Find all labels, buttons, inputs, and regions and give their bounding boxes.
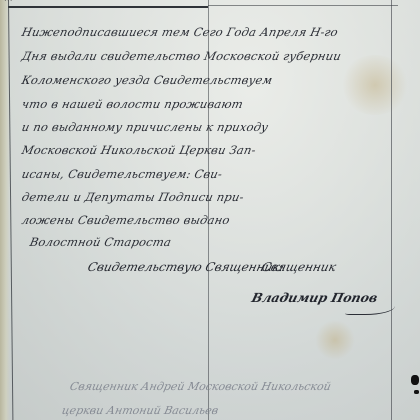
text-line-1: Нижеподписавшиеся тем Сего Года Апреля Н… [21,25,340,39]
text-line-5: и по выданному причислены к приходу [21,120,270,134]
ink-blot [411,375,419,385]
right-margin-line [391,0,392,420]
top-rule-right [208,5,398,6]
text-line-6: Московской Никольской Церкви Зап- [21,143,258,157]
paper-stain [315,320,355,360]
text-line-4: что в нашей волости проживают [21,97,245,111]
ink-blot [414,390,419,394]
top-rule [8,6,208,8]
signature-witness-label: Свидетельствую Священник: [86,260,285,274]
text-line-3: Коломенского уезда Свидетельствуем [21,73,274,87]
signature-flourish [345,300,395,315]
faint-text-line-2: церкви Антоний Васильев [61,404,220,417]
center-fold-line [208,0,209,420]
text-line-9: ложены Свидетельство выдано [21,213,232,227]
text-line-7: исаны, Свидетельствуем: Сви- [21,167,224,181]
text-line-2: Дня выдали свидетельство Московской губе… [21,49,343,63]
scanned-document-page: ... Нижеподписавшиеся тем Сего Года Апре… [0,0,420,420]
text-line-8: детели и Депутаты Подписи при- [21,190,246,204]
paper-stain [340,55,410,115]
faint-text-line-1: Священник Андрей Московской Никольской [69,380,333,393]
text-line-10: Волостной Староста [29,235,173,249]
signature-priest-title: Священник [260,260,337,274]
top-scrawl: ... [4,0,13,4]
